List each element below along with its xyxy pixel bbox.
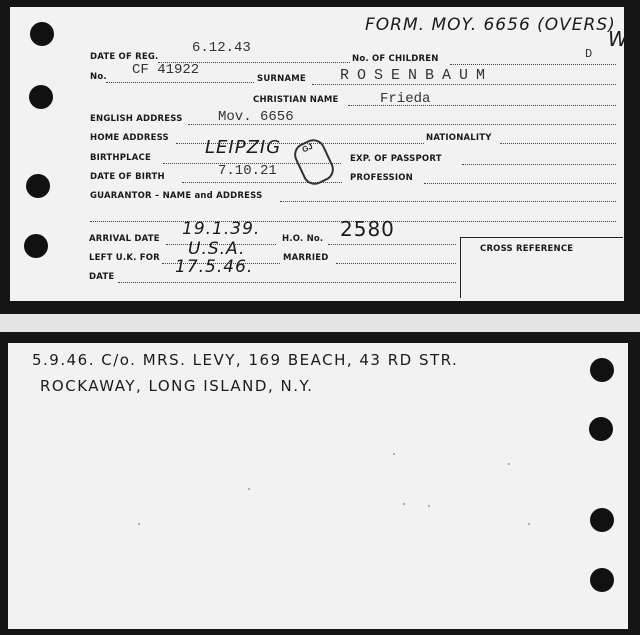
punch-hole (26, 174, 50, 198)
christian-name-value: Frieda (380, 91, 430, 107)
initials-mark: W (608, 27, 629, 51)
punch-hole (589, 417, 613, 441)
dotted-line (450, 64, 616, 65)
punch-hole (590, 508, 614, 532)
class-letter: D (585, 47, 592, 61)
nationality-label: NATIONALITY (426, 133, 492, 143)
surname-value: ROSENBAUM (340, 67, 493, 84)
dotted-line (312, 84, 616, 85)
surname-label: SURNAME (257, 74, 306, 84)
bleed-through-speck (403, 503, 405, 505)
date-of-reg-value: 6.12.43 (192, 40, 251, 56)
punch-hole (30, 22, 54, 46)
arrival-date-value: 19.1.39. (182, 219, 260, 239)
home-address-label: HOME ADDRESS (90, 133, 169, 143)
exp-of-passport-label: EXP. OF PASSPORT (350, 154, 442, 164)
arrival-date-label: ARRIVAL DATE (89, 234, 160, 244)
punch-hole (24, 234, 48, 258)
bleed-through-speck (248, 488, 250, 490)
dotted-line (106, 82, 254, 83)
bleed-through-speck (138, 523, 140, 525)
dotted-line (424, 183, 616, 184)
form-reference: FORM. MOY. 6656 (OVERS) (365, 15, 616, 35)
dotted-line (462, 164, 616, 165)
english-address-label: ENGLISH ADDRESS (90, 114, 183, 124)
forwarding-address-line-1: 5.9.46. C/o. MRS. LEVY, 169 BEACH, 43 RD… (32, 351, 458, 369)
punch-hole (29, 85, 53, 109)
number-value: CF 41922 (132, 62, 199, 78)
bleed-through-speck (528, 523, 530, 525)
left-uk-for-value: U.S.A. (188, 239, 245, 259)
punch-hole (590, 358, 614, 382)
dotted-line (328, 244, 456, 245)
punch-hole (590, 568, 614, 592)
cross-reference-label: CROSS REFERENCE (480, 244, 573, 254)
dotted-line (118, 282, 456, 283)
left-uk-for-label: LEFT U.K. FOR (89, 253, 160, 263)
ho-no-value: 2580 (340, 217, 395, 241)
registration-card-back: 5.9.46. C/o. MRS. LEVY, 169 BEACH, 43 RD… (8, 343, 628, 629)
dotted-line (336, 263, 456, 264)
bleed-through-speck (393, 453, 395, 455)
date-value: 17.5.46. (175, 257, 253, 277)
number-label: No. (90, 72, 107, 82)
date-of-birth-value: 7.10.21 (218, 163, 277, 179)
date-of-reg-label: DATE OF REG. (90, 52, 159, 62)
no-of-children-label: No. OF CHILDREN (352, 54, 439, 64)
birthplace-value: LEIPZIG (205, 137, 281, 158)
date-of-birth-label: DATE OF BIRTH (90, 172, 165, 182)
guarantor-label: GUARANTOR – NAME and ADDRESS (90, 191, 262, 201)
registration-card-front: FORM. MOY. 6656 (OVERS) W D DATE OF REG.… (10, 7, 624, 301)
bleed-through-speck (428, 505, 430, 507)
dotted-line (280, 201, 616, 202)
forwarding-address-line-2: ROCKAWAY, LONG ISLAND, N.Y. (40, 377, 313, 395)
dotted-line (500, 143, 616, 144)
bleed-through-speck (508, 463, 510, 465)
ho-no-label: H.O. No. (282, 234, 323, 244)
profession-label: PROFESSION (350, 173, 413, 183)
birthplace-label: BIRTHPLACE (90, 153, 151, 163)
married-label: MARRIED (283, 253, 329, 263)
date-label: DATE (89, 272, 114, 282)
christian-name-label: CHRISTIAN NAME (253, 95, 339, 105)
english-address-value: Mov. 6656 (218, 109, 294, 125)
